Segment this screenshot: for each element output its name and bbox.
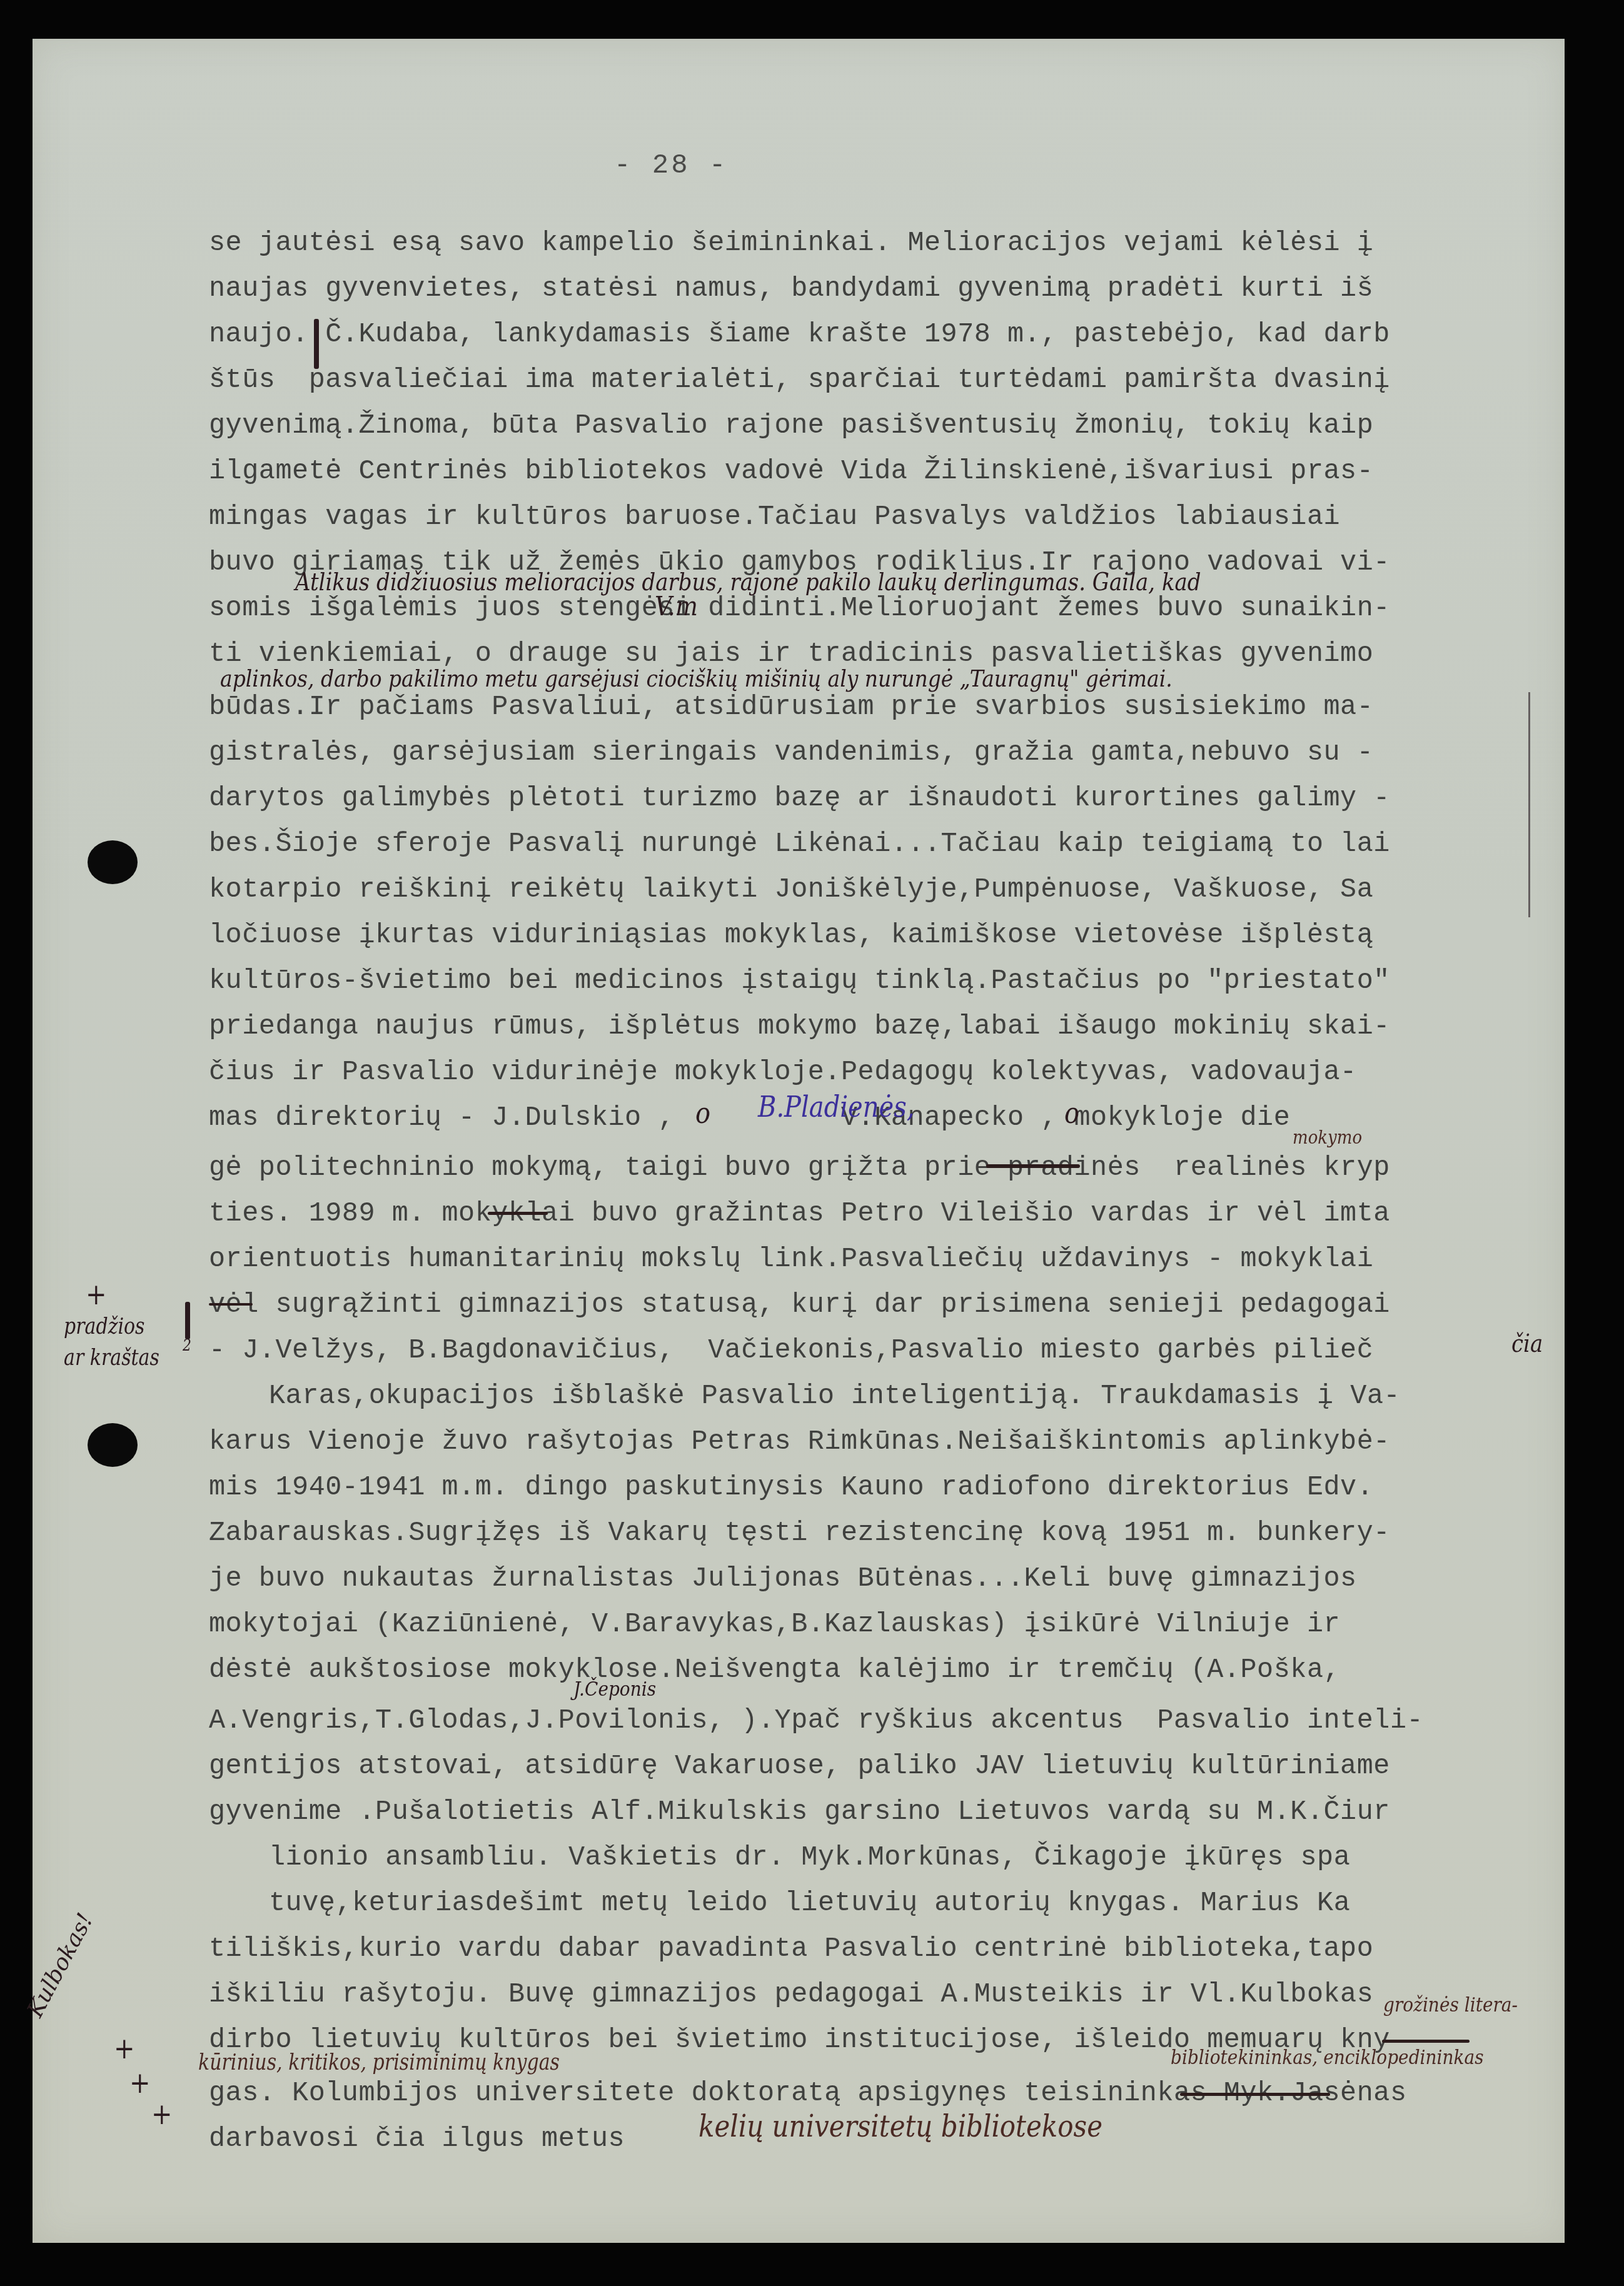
typed-line: mingas vagas ir kultūros baruose.Tačiau … [209,504,1340,531]
typed-line: - J.Velžys, B.Bagdonavičius, Vačiekonis,… [209,1337,1373,1365]
typed-line: Zabarauskas.Sugrįžęs iš Vakarų tęsti rez… [209,1520,1390,1548]
margin-note-pradzios: pradžios [64,1314,145,1339]
strikethrough-buvo [488,1212,548,1215]
handwritten-insert-aplinkos: aplinkos, darbo pakilimo metu garsėjusi … [220,664,1173,692]
strikethrough-vel [209,1303,253,1306]
handwritten-universitetu: kelių universitetų bibliotekose [699,2109,1102,2144]
strikethrough-memuaru [1382,2040,1470,2043]
typed-line: naujas gyvenvietes, statėsi namus, bandy… [209,276,1373,303]
margin-note-kulbokas: Kulbokas! [23,1909,99,2022]
typed-line: gyvenimą.Žinoma, būta Pasvalio rajone pa… [209,413,1373,440]
handwritten-mark-vm: V.m [655,590,698,622]
handwritten-mokymo: mokymo [1293,1127,1362,1149]
typed-line: kotarpio reiškinį reikėtų laikyti Jonišk… [209,877,1373,904]
typed-line: gyvenime .Pušalotietis Alf.Mikulskis gar… [209,1799,1390,1826]
margin-cross: + [114,2032,135,2065]
typed-line: dėstė aukštosiose mokyklose.Neišvengta k… [209,1657,1340,1684]
typed-line: orientuotis humanitarinių mokslų link.Pa… [209,1246,1373,1274]
punch-hole-top [88,840,138,884]
typed-line: naujo. Č.Kudaba, lankydamasis šiame kraš… [209,321,1390,349]
typed-line: mis 1940-1941 m.m. dingo paskutinysis Ka… [209,1474,1373,1502]
typed-line: A.Vengris,T.Glodas,J.Povilonis, ).Ypač r… [209,1708,1423,1735]
typed-line: bes.Šioje sferoje Pasvalį nurungė Likėna… [209,831,1390,859]
typed-line: gė politechninio mokymą, taigi buvo grįž… [209,1155,1390,1182]
handwritten-cia: čia [1511,1329,1543,1358]
handwritten-kurinius: kūrinius, kritikos, prisiminimų knygas [198,2050,560,2075]
handwritten-suffix-o: o [1064,1097,1079,1130]
typed-line: mokytojai (Kaziūnienė, V.Baravykas,B.Kaz… [209,1611,1340,1639]
punch-hole-bottom [88,1423,138,1467]
typed-line: iškiliu rašytoju. Buvę gimnazijos pedago… [209,1981,1373,2009]
handwritten-insert-melioracija: Atlikus didžiuosius melioracijos darbus,… [295,568,1201,597]
handwritten-pladienes: B.Pladienės, [758,1091,914,1124]
handwritten-grozines: grožinės litera- [1383,1993,1518,2017]
typed-line: ločiuose įkurtas viduriniąsias mokyklas,… [209,922,1373,950]
typed-line: se jautėsi esą savo kampelio šeimininkai… [209,230,1373,258]
typed-line: mas direktorių - J.Dulskio , V.Kanapecko… [209,1105,1290,1132]
typed-line: Karas,okupacijos išblaškė Pasvalio intel… [269,1383,1400,1411]
typed-line: je buvo nukautas žurnalistas Julijonas B… [209,1566,1357,1593]
typed-line: priedanga naujus rūmus, išplėtus mokymo … [209,1014,1390,1041]
typed-line: darbavosi čia ilgus metus [209,2126,625,2153]
typed-line: vėl sugrąžinti gimnazijos statusą, kurį … [209,1292,1390,1319]
typed-line: kultūros-švietimo bei medicinos įstaigų … [209,968,1390,995]
typed-line: štūs pasvaliečiai ima materialėti, sparč… [209,367,1390,395]
insertion-bar [314,319,319,369]
margin-note-ar-krastas: ar kraštas [64,1346,159,1371]
margin-cross: + [129,2067,151,2100]
typed-line: ilgametė Centrinės bibliotekos vadovė Vi… [209,458,1373,486]
page-number: - 28 - [614,150,728,181]
typed-line: ties. 1989 m. mokyklai buvo gražintas Pe… [209,1201,1390,1228]
typed-line: būdas.Ir pačiams Pasvaliui, atsidūrusiam… [209,694,1373,722]
typed-line: gentijos atstovai, atsidūrę Vakaruose, p… [209,1753,1390,1781]
typed-line: somis išgalėmis juos stengėsi didinti.Me… [209,595,1390,623]
right-margin-rule [1528,692,1530,917]
scanned-page: - 28 - se jautėsi esą savo kampelio šeim… [33,39,1565,2243]
margin-plus: + [86,1279,107,1312]
typed-line: darytos galimybės plėtoti turizmo bazę a… [209,785,1390,813]
handwritten-ceponis: J.Čeponis [573,1677,656,1701]
margin-cross: + [151,2098,173,2131]
typed-line: tuvę,keturiasdešimt metų leido lietuvių … [269,1890,1350,1918]
typed-line: lionio ansambliu. Vaškietis dr. Myk.Mork… [269,1845,1350,1872]
margin-number: 2 [183,1337,191,1355]
margin-bar [185,1302,190,1339]
typed-line: čius ir Pasvalio vidurinėje mokykloje.Pe… [209,1059,1357,1087]
typed-line: karus Vienoje žuvo rašytojas Petras Rimk… [209,1429,1390,1456]
strikethrough-teisininkas [1180,2093,1330,2096]
typed-line: gistralės, garsėjusiam sieringais vanden… [209,740,1373,767]
handwritten-bibliotekininkas: bibliotekininkas, enciklopedininkas [1171,2045,1484,2069]
strikethrough-pradines [986,1164,1080,1168]
typed-line: tiliškis,kurio vardu dabar pavadinta Pas… [209,1936,1373,1963]
handwritten-suffix-o: o [695,1097,710,1130]
